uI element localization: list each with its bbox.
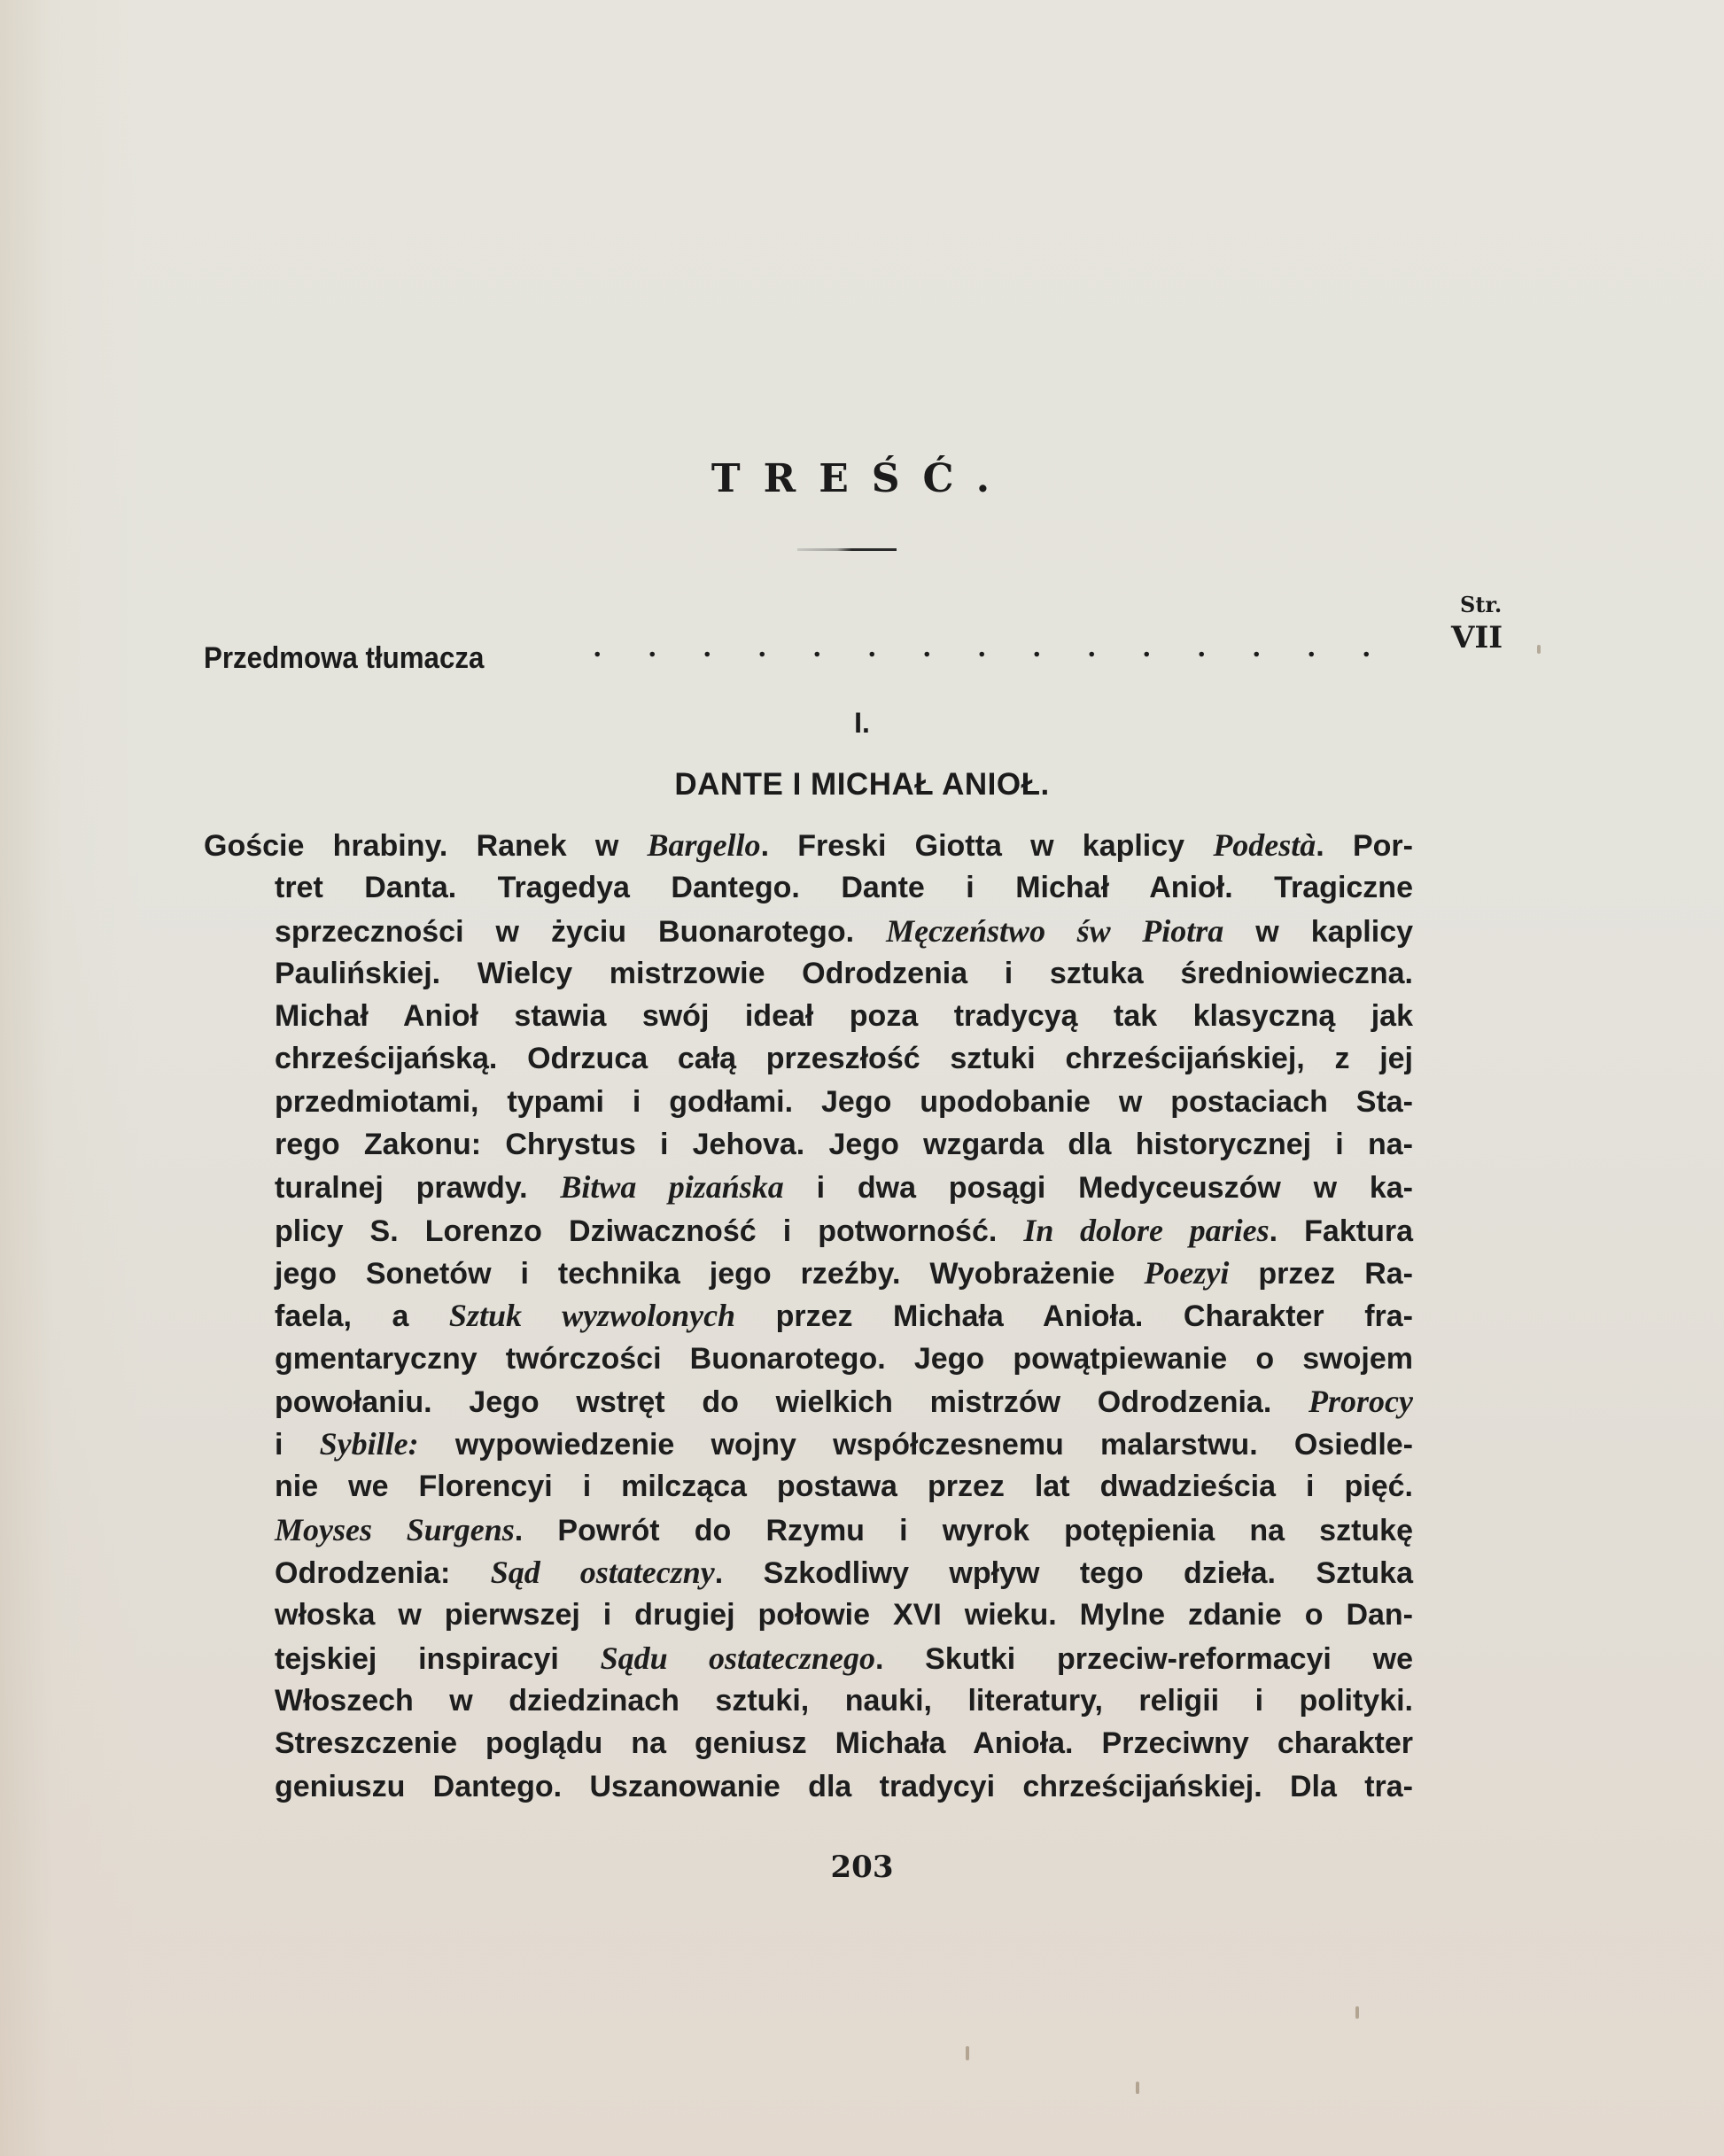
toc-entry: Przedmowa tłumacza . . . . . . . . . . .… [204, 620, 1510, 673]
summary-line: rego Zakonu: Chrystus i Jehova. Jego wzg… [204, 1123, 1413, 1166]
italic-title: Podestà [1213, 827, 1316, 863]
page-title: TREŚĆ. [0, 456, 1724, 501]
summary-line: tejskiej inspiracyi Sądu ostatecznego. S… [204, 1637, 1413, 1679]
paper-speck [1537, 645, 1541, 654]
summary-line: Paulińskiej. Wielcy mistrzowie Odrodzeni… [204, 952, 1413, 995]
summary-line: Streszczenie poglądu na geniusz Michała … [204, 1722, 1413, 1764]
summary-line: jego Sonetów i technika jego rzeźby. Wyo… [204, 1252, 1413, 1294]
summary-line: faela, a Sztuk wyzwolonych przez Michała… [204, 1294, 1413, 1337]
summary-line: Moyses Surgens. Powrót do Rzymu i wyrok … [204, 1508, 1413, 1551]
summary-line: włoska w pierwszej i drugiej połowie XVI… [204, 1594, 1413, 1636]
book-page: TREŚĆ. Str. Przedmowa tłumacza . . . . .… [0, 0, 1724, 2156]
italic-title: Moyses Surgens [275, 1512, 515, 1547]
italic-title: Sztuk wyzwolonych [449, 1298, 735, 1333]
page-number: 203 [0, 1850, 1724, 1885]
italic-title: Bargello [648, 827, 761, 863]
summary-line: nie we Florencyi i milcząca postawa prze… [204, 1465, 1413, 1508]
toc-entry-page: VII [1451, 620, 1503, 655]
title-divider [797, 548, 897, 551]
summary-line: Michał Anioł stawia swój ideał poza trad… [204, 995, 1413, 1037]
paper-speck [1136, 2082, 1139, 2094]
summary-line: sprzeczności w życiu Buonarotego. Męczeń… [204, 910, 1413, 952]
paper-speck [966, 2046, 969, 2060]
section-title: DANTE I MICHAŁ ANIOŁ. [0, 767, 1724, 803]
section-summary: Goście hrabiny. Ranek w Bargello. Freski… [204, 824, 1413, 1808]
summary-line: Włoszech w dziedzinach sztuki, nauki, li… [204, 1679, 1413, 1722]
italic-title: Sąd ostateczny [491, 1555, 715, 1590]
summary-line: chrześcijańską. Odrzuca całą przeszłość … [204, 1037, 1413, 1080]
italic-title: Sądu ostatecznego [601, 1640, 875, 1676]
summary-line: gmentaryczny twórczości Buonarotego. Jeg… [204, 1338, 1413, 1380]
paper-speck [1355, 2006, 1359, 2019]
summary-line: turalnej prawdy. Bitwa pizańska i dwa po… [204, 1166, 1413, 1208]
italic-title: Męczeństwo św Piotra [886, 913, 1223, 949]
summary-line: powołaniu. Jego wstręt do wielkich mistr… [204, 1380, 1413, 1423]
summary-line: plicy S. Lorenzo Dziwaczność i potwornoś… [204, 1209, 1413, 1252]
italic-title: Sybille: [320, 1426, 419, 1462]
italic-title: Bitwa pizańska [560, 1169, 783, 1205]
summary-line: i Sybille: wypowiedzenie wojny współczes… [204, 1423, 1413, 1465]
summary-line: geniuszu Dantego. Uszanowanie dla tradyc… [204, 1765, 1413, 1808]
summary-line: Goście hrabiny. Ranek w Bargello. Freski… [204, 824, 1413, 866]
summary-line: Odrodzenia: Sąd ostateczny. Szkodliwy wp… [204, 1551, 1413, 1594]
italic-title: Prorocy [1309, 1384, 1413, 1419]
italic-title: In dolore paries [1023, 1213, 1269, 1248]
toc-dot-leader: . . . . . . . . . . . . . . . . . . . . [594, 631, 1417, 664]
italic-title: Poezyi [1144, 1255, 1229, 1291]
summary-line: tret Danta. Tragedya Dantego. Dante i Mi… [204, 866, 1413, 909]
page-column-label: Str. [1460, 592, 1502, 617]
section-number: I. [0, 707, 1724, 740]
summary-line: przedmiotami, typami i godłami. Jego upo… [204, 1081, 1413, 1123]
toc-entry-label: Przedmowa tłumacza [204, 641, 484, 676]
